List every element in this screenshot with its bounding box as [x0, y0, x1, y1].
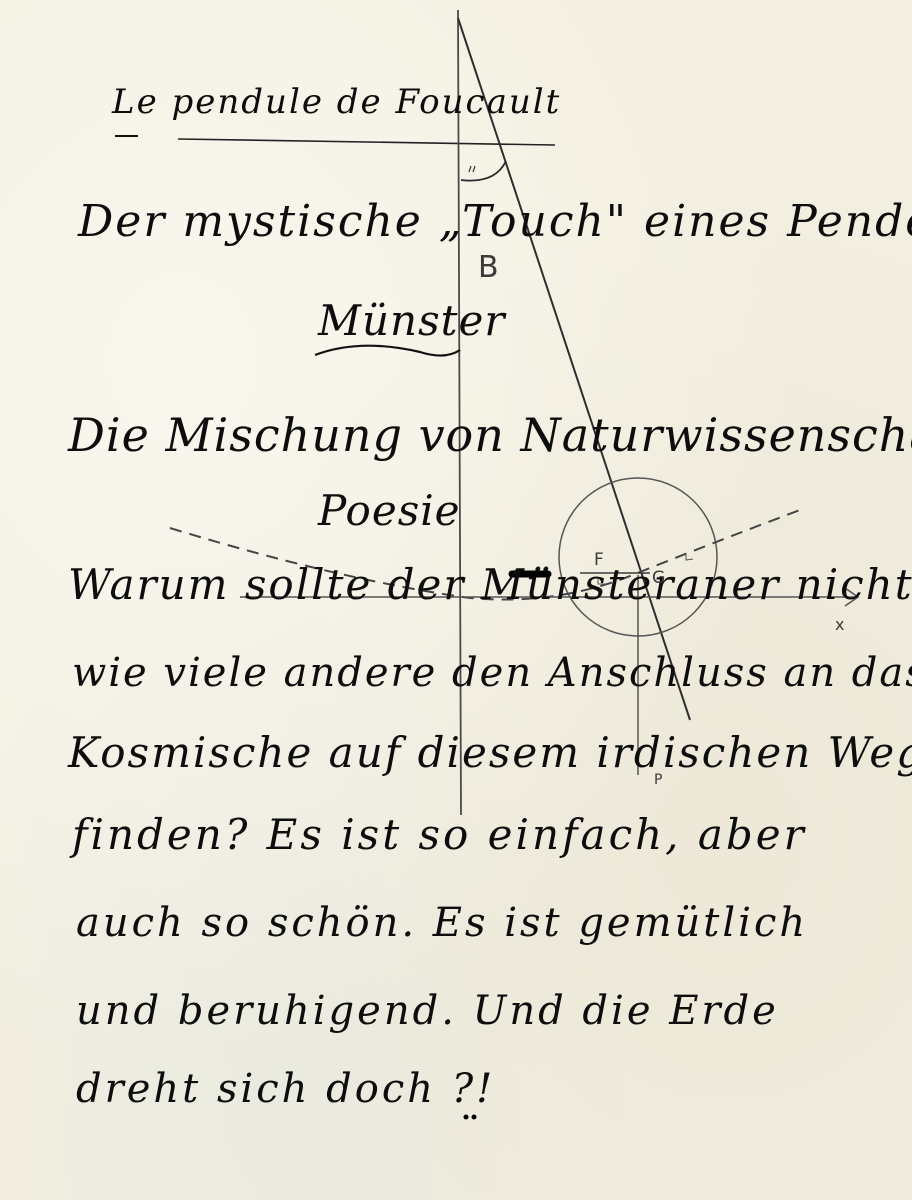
text-line-3: Die Mischung von Naturwissenschaft und — [68, 408, 912, 462]
diagram-label-x: x — [835, 615, 844, 634]
text-line-10: und beruhigend. Und die Erde — [76, 988, 779, 1034]
manuscript-page: Le pendule de Foucault Der mystische „To… — [0, 0, 912, 1200]
text-line-2: Münster — [318, 296, 505, 345]
diagram-label-p: P — [654, 772, 662, 788]
diagram-label-g: G — [652, 568, 665, 588]
text-line-4: Poesie — [318, 486, 461, 535]
text-line-8: finden? Es ist so einfach, aber — [72, 810, 807, 859]
text-line-5: Warum sollte der Münsteraner nicht — [68, 560, 912, 609]
text-line-7: Kosmische auf diesem irdischen Weg — [68, 728, 912, 777]
diagram-label-f: F — [594, 550, 604, 570]
diagram-label-b: B — [478, 250, 499, 285]
text-line-9: auch so schön. Es ist gemütlich — [76, 900, 808, 946]
text-line-11: dreht sich doch ?! — [76, 1066, 495, 1112]
document-title: Le pendule de Foucault — [112, 82, 561, 122]
text-line-6: wie viele andere den Anschluss an das — [72, 650, 912, 696]
text-line-1: Der mystische „Touch" eines Pendels in — [78, 196, 912, 247]
